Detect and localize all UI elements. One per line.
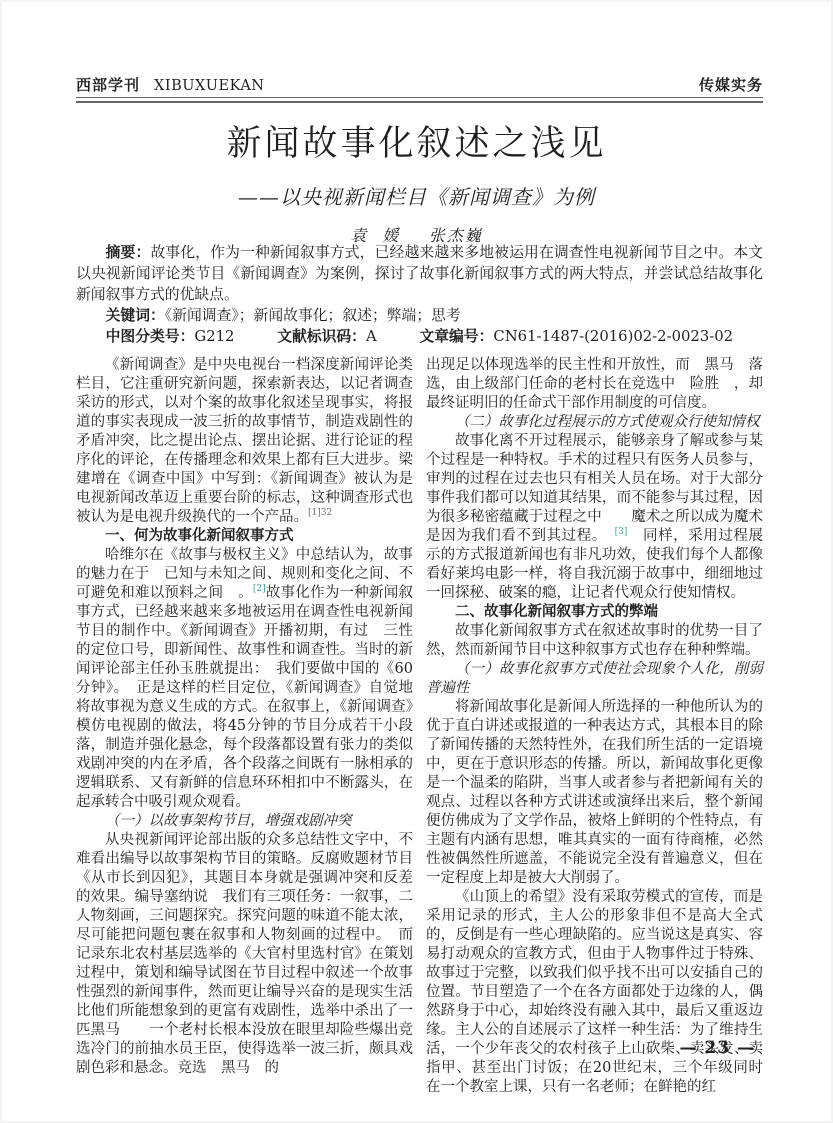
column-right: 出现足以体现选举的民主性和开放性，而 黑马 落选，由上级部门任命的老村长在竞选中… [426,356,763,1097]
journal-name-en: XIBUXUEKAN [154,78,264,94]
abstract-label: 摘要： [106,244,151,261]
keywords-line: 关键词：《新闻调查》；新闻故事化；叙述；弊端；思考 [76,305,763,326]
sub-section-heading: （一）故事化叙事方式使社会现象个人化，削弱普遍性 [426,660,763,698]
clc-value: G212 [194,328,234,345]
paragraph: 《新闻调查》是中央电视台一档深度新闻评论类栏目，它注重研究新问题，探索新表达，以… [76,356,413,527]
body-columns: 《新闻调查》是中央电视台一档深度新闻评论类栏目，它注重研究新问题，探索新表达，以… [76,356,763,1097]
article-id-label: 文章编号： [419,328,493,345]
sub-section-heading: （一）以故事架构节目，增强戏剧冲突 [76,812,413,831]
paragraph: 哈维尔在《故事与极权主义》中总结认为，故事的魅力在于 已知与未知之间、规则和变化… [76,546,413,812]
journal-page: 西部学刊XIBUXUEKAN 传媒实务 新闻故事化叙述之浅见 ——以央视新闻栏目… [0,0,833,1123]
paragraph: 故事化新闻叙事方式在叙述故事时的优势一目了然，然而新闻节目中这种叙事方式也存在种… [426,622,763,660]
paragraph: 出现足以体现选举的民主性和开放性，而 黑马 落选，由上级部门任命的老村长在竞选中… [426,356,763,413]
paragraph: 将新闻故事化是新闻人所选择的一种他所认为的优于直白讲述或报道的一种表达方式，其根… [426,698,763,888]
title-block: 新闻故事化叙述之浅见 ——以央视新闻栏目《新闻调查》为例 袁 媛 张杰巍 [0,116,833,246]
journal-name-cn: 西部学刊 [76,76,140,94]
running-header: 西部学刊XIBUXUEKAN 传媒实务 [76,74,763,95]
article-id-pair: 文章编号：CN61-1487-(2016)02-2-0023-02 [419,328,733,345]
abstract-paragraph: 摘要：故事化，作为一种新闻叙事方式，已经越来越来多地被运用在调查性电视新闻节目之… [76,242,763,305]
column-left: 《新闻调查》是中央电视台一档深度新闻评论类栏目，它注重研究新问题，探索新表达，以… [76,356,413,1097]
keywords-label: 关键词： [106,307,165,324]
doc-code-label: 文献标识码： [277,328,366,345]
header-double-rule [76,97,763,103]
clc-label: 中图分类号： [106,328,195,345]
article-id-value: CN61-1487-(2016)02-2-0023-02 [493,328,733,345]
paragraph: 《山顶上的希望》没有采取劳模式的宣传，而是采用记录的形式，主人公的形象非但不是高… [426,888,763,1097]
classification-line: 中图分类号：G212 文献标识码：A 文章编号：CN61-1487-(2016)… [76,326,763,347]
footnote-ref: [2] [253,584,266,594]
doc-code-value: A [366,328,377,345]
footnote-ref: [1]32 [308,508,332,518]
article-subtitle: ——以央视新闻栏目《新闻调查》为例 [0,181,833,210]
doc-code-pair: 文献标识码：A [277,328,376,345]
abstract-block: 摘要：故事化，作为一种新闻叙事方式，已经越来越来多地被运用在调查性电视新闻节目之… [76,242,763,347]
section-label: 传媒实务 [699,74,763,95]
section-heading: 一、何为故事化新闻叙事方式 [76,527,413,546]
paragraph: 故事化离不开过程展示，能够亲身了解或参与某个过程是一种特权。手术的过程只有医务人… [426,432,763,603]
abstract-text: 故事化，作为一种新闻叙事方式，已经越来越来多地被运用在调查性电视新闻节目之中。本… [76,244,763,303]
article-title: 新闻故事化叙述之浅见 [0,116,833,166]
sub-section-heading: （二）故事化过程展示的方式使观众行使知情权 [426,413,763,432]
section-heading: 二、故事化新闻叙事方式的弊端 [426,603,763,622]
page-number: — 23 — [680,1038,756,1058]
keywords-text: 《新闻调查》；新闻故事化；叙述；弊端；思考 [165,307,461,324]
paragraph: 从央视新闻评论部出版的众多总结性文字中，不难看出编导以故事架构节目的策略。反腐败… [76,831,413,1078]
journal-name: 西部学刊XIBUXUEKAN [76,74,264,95]
footnote-ref: [3] [615,527,628,537]
clc-pair: 中图分类号：G212 [106,328,235,345]
